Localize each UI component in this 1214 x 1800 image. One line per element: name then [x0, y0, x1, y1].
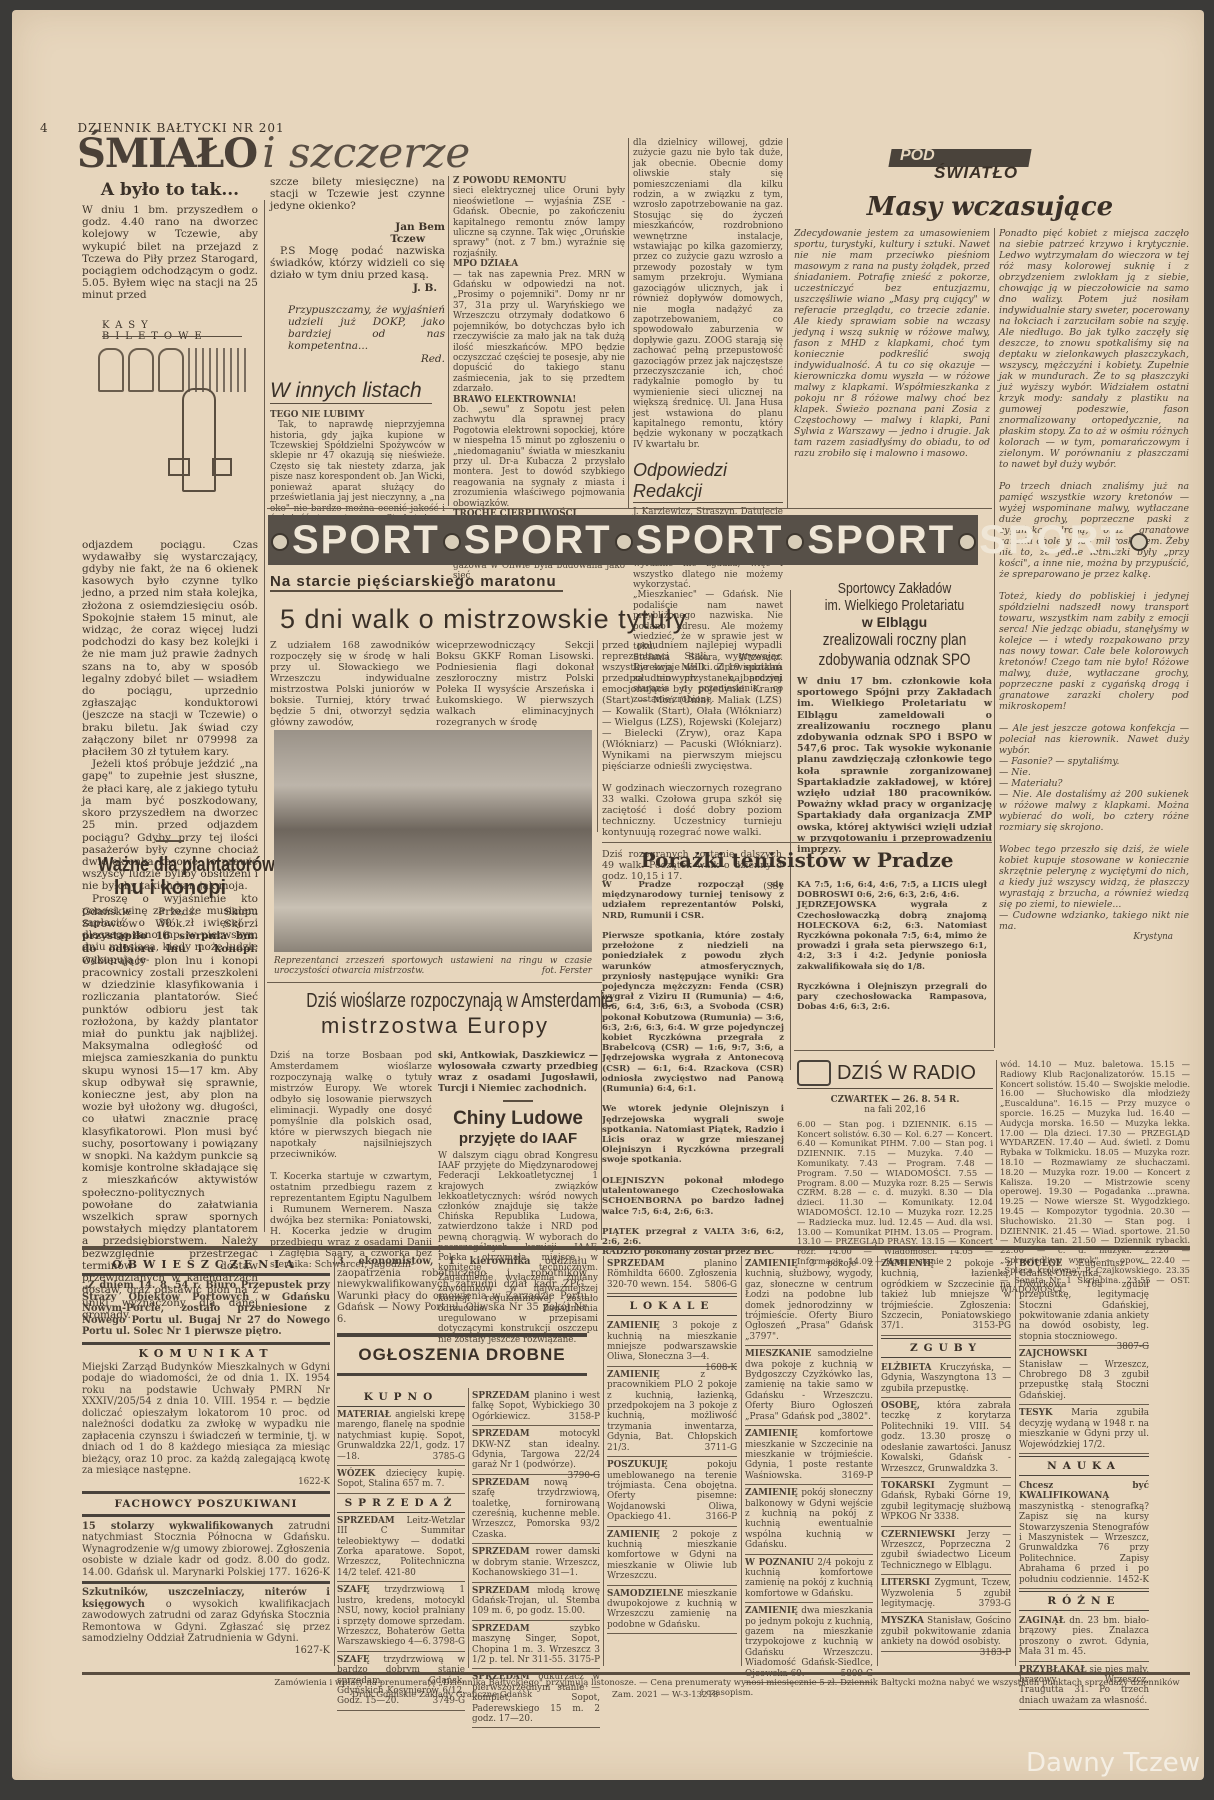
radio-icon — [797, 1060, 831, 1086]
boxing-ring-photo — [274, 730, 592, 952]
elblag-text: W dniu 17 bm. członkowie koła sportowego… — [797, 676, 992, 855]
ad-code: 3183-P — [980, 1648, 1011, 1658]
ad-lead: SPRZEDAM — [472, 1429, 530, 1439]
ad-lead: ZAMIENIĘ — [607, 1530, 660, 1540]
classified-ad: CZERNIEWSKI Jerzy — Wrzeszcz, Poprzeczna… — [881, 1527, 1011, 1576]
ad-body: maszynistką - stenografką? Zapisz się na… — [1019, 1502, 1149, 1585]
classified-ad: OSOBĘ, która zabrała teczkę z korytarza … — [881, 1398, 1011, 1478]
letter-text-5: szcze bilety miesięczne) na stacji w Tcz… — [270, 176, 445, 213]
classified-ad: MYSZKA Stanisław, Gościno zgubił pokwito… — [881, 1613, 1011, 1651]
drobne-block: 3 ekonomistów, 1 kierownika oddziału zao… — [337, 1256, 587, 1376]
job-ad: 15 stolarzy wykwalifikowanych zatrudni n… — [82, 1521, 330, 1585]
boxing-kicker: Na starcie pięściarskiego maratonu — [270, 573, 563, 592]
nauka-column: BOULGE Eugeniusz — Gdańsk-Oliszynka, Dwo… — [1019, 1256, 1149, 1710]
footer-order-number: Zam. 2021 — W-3-13218 — [612, 1690, 718, 1700]
tennis-text-2: KA 7:5, 1:6, 6:4, 4:6, 7:5, a LICIS uleg… — [797, 880, 987, 1013]
masy-col1: Zdecydowanie jestem za umasowieniem spor… — [794, 228, 990, 459]
classified-ad: Chcesz być KWALIFIKOWANĄ maszynistką - s… — [1019, 1478, 1149, 1589]
sprzedaz-title: SPRZEDAŻ — [337, 1494, 465, 1513]
elblag-head-2: im. Wielkiego Proletariatu — [815, 597, 975, 614]
ad-lead: CZERNIEWSKI — [881, 1530, 955, 1540]
ad-lead: SPRZEDAM — [472, 1391, 530, 1401]
ad-lead: POSZUKUJĘ — [607, 1460, 668, 1470]
ad-body: z pracownikiem PLO 2 pokoje z kuchnią, ł… — [607, 1370, 737, 1453]
classified-ad: TESYK Maria zgubiła decyzję wydaną w 194… — [1019, 1405, 1149, 1454]
ad-code: 3169-P — [842, 1471, 873, 1481]
ad-lead: ELŻBIETA — [881, 1363, 931, 1373]
classified-ad: SAMODZIELNE mieszkanie dwupokojowe z kuc… — [607, 1586, 737, 1635]
note-head: Z POWODU REMONTU — [453, 176, 625, 186]
exchange-column: ZAMIENIĘ 3 pokoje z kuchnią, służbowy, w… — [745, 1256, 873, 1683]
boxing-col2: wiceprzewodniczący Sekcji Boksu GKKF Rom… — [436, 640, 594, 728]
masy-headline: Masy wczasujące — [792, 192, 1188, 222]
sport-word: SPORT — [807, 518, 955, 562]
ad-lead: SAMODZIELNE — [607, 1589, 683, 1599]
ad-lead: W POZNANIU — [745, 1558, 814, 1568]
ad-body: dwa mieszkania po jednym pokoju z kuchni… — [745, 1606, 873, 1678]
boxing-col1: Z udziałem 168 zawodników rozpoczęły się… — [270, 640, 430, 728]
note-body: Ob. „sewu" z Sopotu jest pełen zachwytu … — [453, 405, 625, 509]
boxing-text-2: wiceprzewodniczący Sekcji Boksu GKKF Rom… — [436, 640, 594, 728]
ad-lead: ZAMIENIĘ — [607, 1370, 660, 1380]
newspaper-page: 4 DZIENNIK BAŁTYCKI NR 201 ŚMIAŁO i szcz… — [12, 10, 1204, 1780]
notices-title: OBWIESZCZENIA — [82, 1256, 330, 1276]
ad-code: 5806-G — [705, 1280, 737, 1290]
masy-text-1: Zdecydowanie jestem za umasowieniem spor… — [794, 228, 990, 459]
ad-code: 1452-K — [1117, 1575, 1149, 1585]
editor-reply: Przypuszczamy, że wyjaśnień udzieli już … — [270, 304, 445, 353]
classified-ad: ZAMIENIĘ 3 pokoje z kuchnią na mieszkani… — [607, 1318, 737, 1367]
classifieds-title: OGŁOSZENIA DROBNE — [337, 1337, 587, 1373]
radio-box: DZIŚ W RADIO CZWARTEK — 26. 8. 54 R. na … — [797, 1060, 993, 1267]
ad-lead: ZAMIENIĘ — [745, 1259, 798, 1269]
classified-ad: SPRZEDAM nową szafę trzydrzwiową, toalet… — [472, 1475, 600, 1544]
letter-continued: szcze bilety miesięczne) na stacji w Tcz… — [270, 176, 445, 545]
letter-ps: P.S Mogę podać nazwiska świadków, którzy… — [270, 245, 445, 282]
classified-ad: SPRZEDAM planino i west falkę Sopot, Wyb… — [472, 1388, 600, 1426]
classified-ad: W POZNANIU 2/4 pokoju z kuchnią komforto… — [745, 1555, 873, 1604]
ad-lead: ZAMIENIĘ — [881, 1259, 934, 1269]
ad-lead: LITERSKI — [881, 1578, 930, 1588]
section-title: RÓŻNE — [1019, 1591, 1149, 1611]
item-head: TEGO NIE LUBIMY — [270, 410, 445, 420]
radio-day: CZWARTEK — 26. 8. 54 R. — [797, 1095, 993, 1105]
ad-lead: MYSZKA — [881, 1616, 924, 1626]
boxing-text-3: przed południem najlepiej wypadli reprez… — [602, 640, 782, 882]
komunikat-body: Miejski Zarząd Budynków Mieszkalnych w G… — [82, 1362, 330, 1477]
ad-lead: ZAGINĄŁ — [1019, 1616, 1065, 1626]
classified-ad: MIESZKANIE samodzielne dwa pokoje z kuch… — [745, 1346, 873, 1426]
radio-title: DZIŚ W RADIO — [837, 1062, 976, 1085]
classified-ad: MATERIAŁ angielski krepę marengo, flanel… — [337, 1407, 465, 1466]
elblag-article: Sportowcy Zakładów im. Wielkiego Proleta… — [797, 580, 992, 855]
boxing-text-1: Z udziałem 168 zawodników rozpoczęły się… — [270, 640, 430, 728]
flax-headline-2: lnu i konopi — [82, 876, 258, 900]
note-body: sieci elektrycznej ulice Oruni były nieo… — [453, 186, 625, 259]
ad-lead: SPRZEDAM — [337, 1516, 395, 1526]
tennis-headline: Porażki tenisistów w Pradze — [602, 848, 992, 872]
gas-text: dla dzielnicy willowej, gdzie zużycie ga… — [633, 138, 783, 450]
ad-lead: SPRZEDAM — [472, 1478, 530, 1488]
ad-lead: SPRZEDAM — [607, 1259, 665, 1269]
ad-body: samodzielne dwa pokoje z kuchnią w Bydgo… — [745, 1349, 873, 1421]
classified-ad: ZAMIENIĘ 2 pokoje z kuchnią mieszkanie k… — [607, 1527, 737, 1586]
tennis-col2: KA 7:5, 1:6, 6:4, 4:6, 7:5, a LICIS uleg… — [797, 880, 987, 1013]
tennis-article: Porażki tenisistów w Pradze — [602, 848, 992, 872]
classified-ad: SPRZEDAM Leitz-Wetzlar III C Summitar te… — [337, 1513, 465, 1582]
letter-signature: Jan Bem — [270, 221, 445, 233]
classified-ad: POSZUKUJĘ pokoju umeblowanego na terenie… — [607, 1457, 737, 1526]
tennis-text: W Pradze rozpoczął się międzynarodowy tu… — [602, 880, 784, 1258]
classified-ad: SPRZEDAM szybko maszynę Singer, Sopot, C… — [472, 1621, 600, 1670]
classified-ad: ZAMIENIĘ 2 pokoje z kuchnią, łazienką, o… — [881, 1256, 1011, 1336]
rowing-head-1: Dziś wioślarze rozpoczynają w Amsterdami… — [306, 990, 563, 1013]
classified-ad: ELŻBIETA Kruczyńska, — Gdynia, Waszyngto… — [881, 1360, 1011, 1398]
rowing-col1: Dziś na torze Bosbaan pod Amsterdamem wi… — [270, 1050, 432, 1270]
classified-ad: SPRZEDAM planino Römhildta 6600. Zgłosze… — [607, 1256, 737, 1294]
tennis-col1: W Pradze rozpoczął się międzynarodowy tu… — [602, 880, 784, 1258]
ad-body: 3 pokoje z kuchnią, służbowy, wygody, ga… — [745, 1259, 873, 1342]
page-number: 4 — [40, 121, 49, 135]
classified-ad: WÓZEK dziecięcy kupię. Sopot, Stalina 65… — [337, 1466, 465, 1494]
note-body: — tak nas zapewnia Prez. MRN w Gdańsku w… — [453, 270, 625, 395]
elblag-head-5: zdobywania odznak SPO — [817, 650, 973, 670]
classified-ad: ZAMIENIĘ komfortowe mieszkanie w Szczeci… — [745, 1426, 873, 1485]
masy-text-2: Ponadto pięć kobiet z miejsca zaczęło na… — [999, 228, 1189, 932]
notices-column: OBWIESZCZENIA „Z dniem 14. 8. 54 r. Biur… — [82, 1256, 330, 1656]
ad-code: 3175-P — [569, 1655, 600, 1665]
ad-code: 3790-G — [568, 1471, 600, 1481]
ad-body: Eugeniusz — Gdańsk-Oliszynka, Dworkowa 1… — [1019, 1259, 1149, 1342]
editor-answers-title: Odpowiedzi Redakcji — [633, 460, 783, 503]
ad-lead: TESYK — [1019, 1408, 1053, 1418]
lokale-column: SPRZEDAM planino Römhildta 6600. Zgłosze… — [607, 1256, 737, 1634]
ad-lead: ZAJCHOWSKI — [1019, 1349, 1087, 1359]
ad-code: 3807-G — [1117, 1342, 1149, 1352]
classified-ad: SZAFĘ trzydrzwiową 1 lustro, kredens, mo… — [337, 1582, 465, 1651]
ad-body: Stanisław — Wrzeszcz, Chrobrego D8 3 zgu… — [1019, 1360, 1149, 1401]
rowing-col2: ski, Antkowiak, Daszkiewicz — wylosowała… — [438, 1050, 598, 1094]
classified-ad: SPRZEDAM młodą krowę Gdańsk-Trojan, ul. … — [472, 1583, 600, 1621]
flax-headline: Ważne dla plantatorów — [98, 854, 242, 876]
ad-code: 3711-G — [705, 1443, 737, 1453]
note-head: MPO DZIAŁA — [453, 259, 625, 269]
ad-lead: SPRZEDAM — [472, 1624, 530, 1634]
ad-lead: MIESZKANIE — [745, 1349, 811, 1359]
section-title: NAUKA — [1019, 1456, 1149, 1476]
ad-lead: SZAFĘ — [337, 1655, 370, 1665]
banner-bottom: ŚWIATŁO — [934, 163, 1018, 183]
letter-headline: A było to tak... — [82, 180, 258, 200]
boxing-headline: 5 dni walk o mistrzowskie tytuły — [280, 604, 780, 635]
ad-lead: ZAMIENIĘ — [745, 1606, 798, 1616]
radio-wave: na fali 202,16 — [797, 1105, 993, 1115]
photo-caption: Reprezentanci zrzeszeń sportowych ustawi… — [274, 956, 592, 977]
komunikat-code: 1622-K — [82, 1477, 330, 1487]
sport-word: SPORT — [979, 518, 1127, 562]
ad-lead: ZAMIENIĘ — [745, 1488, 798, 1498]
classified-ad: SPRZEDAM motocykl DKW-NZ stan idealny. G… — [472, 1426, 600, 1475]
ad-lead: 15 stolarzy wykwalifikowanych — [82, 1521, 273, 1532]
china-head-1: Chiny Ludowe — [438, 1108, 598, 1130]
ad-code: 3798-G — [433, 1637, 465, 1647]
ad-code: 3158-P — [569, 1412, 600, 1422]
ad-lead: BOULGE — [1019, 1259, 1062, 1269]
title-bold: ŚMIAŁO — [77, 130, 257, 177]
ad-lead: SZAFĘ — [337, 1585, 370, 1595]
ad-code: 1627-K — [294, 1645, 330, 1657]
ad-lead: OSOBĘ, — [881, 1401, 920, 1411]
masy-author: Krystyna — [999, 932, 1189, 942]
cartoon-ticket-office: KASY BILETOWE — [82, 308, 258, 533]
ad-body: 2 pokoje z kuchnią, łazienką, ogródkiem … — [881, 1259, 1011, 1331]
classified-ad: ZAGINĄŁ dn. 23 bm. biało-brązowy pies. Z… — [1019, 1613, 1149, 1662]
komunikat-title: KOMUNIKAT — [82, 1345, 330, 1362]
classified-ad: TOKARSKI Zygmunt — Gdańsk, Rybaki Górne … — [881, 1478, 1011, 1527]
kupno-title: KUPNO — [337, 1388, 465, 1407]
job-ad: Szkutników, uszczelniaczy, niterów i ksi… — [82, 1587, 330, 1645]
classified-ad: ZAMIENIĘ 3 pokoje z kuchnią, służbowy, w… — [745, 1256, 873, 1346]
footer-printer: Druk Gdańskie Zakłady Graficzne Gdańsk — [352, 1690, 532, 1700]
sport-word: SPORT — [292, 518, 440, 562]
ad-lead: TOKARSKI — [881, 1481, 935, 1491]
letter-text-2: odjazdem pociągu. Czas wydawałby się wys… — [82, 539, 258, 759]
ad-code: 3793-G — [979, 1599, 1011, 1609]
ad-lead: ZAMIENIĘ — [607, 1321, 660, 1331]
section-title-other-letters: W innych listach — [270, 379, 432, 404]
letter-city: Tczew — [270, 233, 445, 245]
banner-top: POD — [900, 147, 935, 165]
sport-word: SPORT — [636, 518, 784, 562]
elblag-head-3: w Elblągu — [797, 614, 992, 630]
elblag-head-1: Sportowcy Zakładów — [815, 580, 975, 597]
letter-text: W dniu 1 bm. przyszedłem o godz. 4.40 ra… — [82, 204, 258, 302]
ad-lead: WÓZEK — [337, 1469, 375, 1479]
sport-banner: SPORT SPORT SPORT SPORT SPORT — [268, 515, 978, 565]
watermark: Dawny Tczew — [1026, 1748, 1200, 1778]
china-head-2: przyjęte do IAAF — [438, 1130, 598, 1147]
classified-ad: SPRZEDAM rower damski w dobrym stanie. W… — [472, 1544, 600, 1582]
rowing-article: Dziś wioślarze rozpoczynają w Amsterdami… — [270, 990, 600, 1039]
radio-schedule-1: 6.00 — Stan pog. i DZIENNIK. 6.15 — Konc… — [797, 1120, 993, 1267]
photo-credit: fot. Ferster — [542, 966, 592, 976]
classified-ad: ZAMIENIĘ z pracownikiem PLO 2 pokoje z k… — [607, 1367, 737, 1457]
job-ad: 3 ekonomistów, 1 kierownika oddziału zao… — [337, 1256, 587, 1325]
sport-word: SPORT — [464, 518, 612, 562]
cartoon-sign: KASY BILETOWE — [102, 320, 258, 342]
ad-lead: SPRZEDAM — [472, 1547, 530, 1557]
note-head: BRAWO ELEKTROWNIA! — [453, 395, 625, 405]
section-title: LOKALE — [607, 1296, 737, 1316]
jobs-title: FACHOWCY POSZUKIWANI — [82, 1494, 330, 1517]
ad-lead: ZAMIENIĘ — [745, 1429, 798, 1439]
rowing-head-2: mistrzostwa Europy — [270, 1013, 600, 1039]
ad-code: 3166-P — [706, 1512, 737, 1522]
classified-ad: ZAJCHOWSKI Stanisław — Wrzeszcz, Chrobre… — [1019, 1346, 1149, 1405]
editor-sign: Red. — [270, 353, 445, 365]
section-title: ZGUBY — [881, 1338, 1011, 1358]
radio-banner: DZIŚ W RADIO — [797, 1060, 993, 1089]
title-script: i szczerze — [262, 128, 470, 177]
pod-swiatlo-banner: POD ŚWIATŁO — [890, 145, 1040, 185]
ad-lead: Chcesz być KWALIFIKOWANĄ — [1019, 1481, 1149, 1501]
ad-lead: MATERIAŁ — [337, 1410, 391, 1420]
ad-code: 3785-G — [433, 1452, 465, 1462]
notices-body: „Z dniem 14. 8. 54 r. Biuro Przepustek p… — [82, 1280, 330, 1338]
classified-ad: ZAMIENIĘ pokój słoneczny balkonowy w Gdy… — [745, 1485, 873, 1554]
elblag-head-4: zrealizowali roczny plan — [817, 630, 973, 650]
masy-col2: Ponadto pięć kobiet z miejsca zaczęło na… — [999, 228, 1189, 942]
ad-code: 1608-K — [705, 1363, 737, 1373]
rowing-text-1: Dziś na torze Bosbaan pod Amsterdamem wi… — [270, 1050, 432, 1270]
ad-code: 3153-PG — [973, 1321, 1011, 1331]
ad-code: 1626-K — [294, 1567, 330, 1579]
ad-lead: SPRZEDAM — [472, 1586, 530, 1596]
letter-initials: J. B. — [270, 282, 445, 294]
rowing-text-2: ski, Antkowiak, Daszkiewicz — wylosowała… — [438, 1050, 598, 1094]
zguby-column: ZAMIENIĘ 2 pokoje z kuchnią, łazienką, o… — [881, 1256, 1011, 1658]
ad-body: która zabrała teczkę z korytarza Politec… — [881, 1401, 1011, 1473]
kupno-column: KUPNO MATERIAŁ angielski krepę marengo, … — [337, 1388, 465, 1711]
ad-lead: 3 ekonomistów, 1 kierownika — [337, 1256, 531, 1267]
smialo-title: ŚMIAŁO i szczerze — [77, 128, 470, 177]
classified-ad: BOULGE Eugeniusz — Gdańsk-Oliszynka, Dwo… — [1019, 1256, 1149, 1346]
classified-ad: LITERSKI Zygmunt, Tczew, Wyzwolenia 5 zg… — [881, 1575, 1011, 1613]
